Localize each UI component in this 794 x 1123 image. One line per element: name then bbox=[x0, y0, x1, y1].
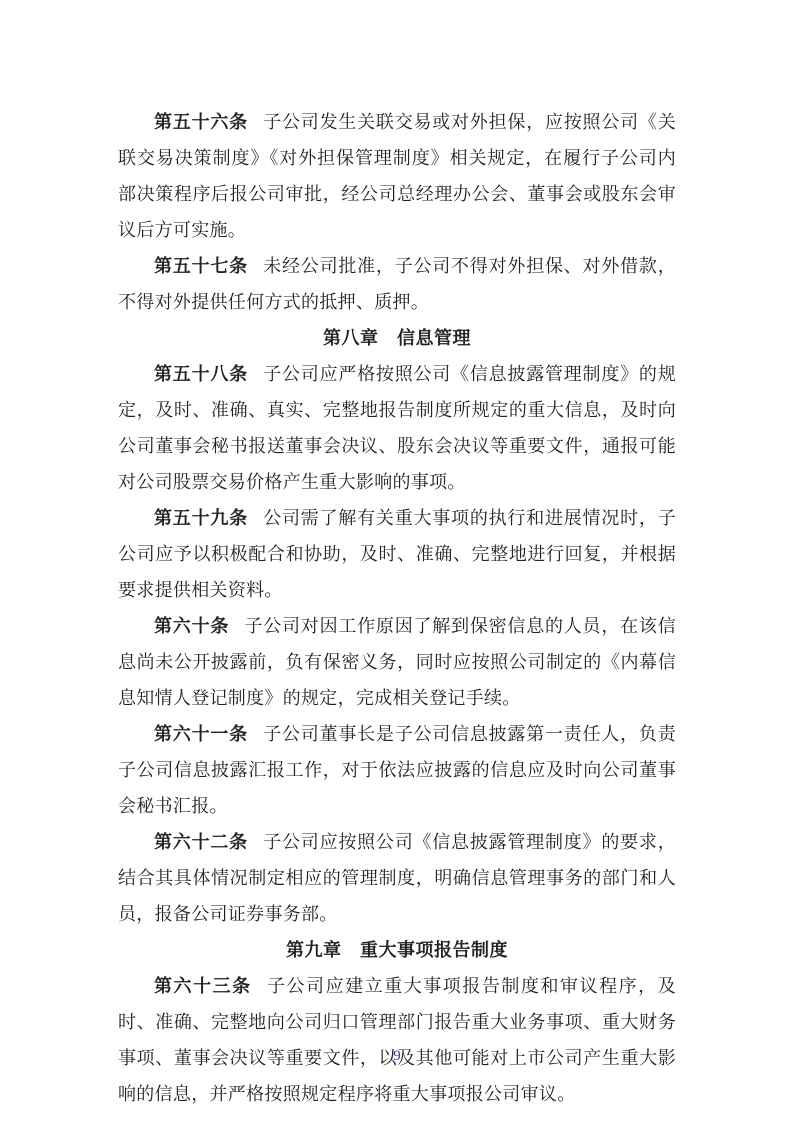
article-57: 第五十七条未经公司批准，子公司不得对外担保、对外借款，不得对外提供任何方式的抵押… bbox=[118, 248, 676, 320]
article-56: 第五十六条子公司发生关联交易或对外担保，应按照公司《关联交易决策制度》《对外担保… bbox=[118, 104, 676, 248]
article-56-number: 第五十六条 bbox=[154, 112, 263, 132]
article-63: 第六十三条子公司应建立重大事项报告制度和审议程序，及时、准确、完整地向公司归口管… bbox=[118, 968, 676, 1112]
document-page: 第五十六条子公司发生关联交易或对外担保，应按照公司《关联交易决策制度》《对外担保… bbox=[0, 0, 794, 1123]
article-57-number: 第五十七条 bbox=[154, 256, 263, 276]
document-content: 第五十六条子公司发生关联交易或对外担保，应按照公司《关联交易决策制度》《对外担保… bbox=[118, 104, 676, 1112]
page-number: 9 bbox=[393, 1048, 401, 1064]
article-58: 第五十八条子公司应严格按照公司《信息披露管理制度》的规定，及时、准确、真实、完整… bbox=[118, 356, 676, 500]
article-61-number: 第六十一条 bbox=[154, 724, 263, 744]
chapter-8-heading: 第八章 信息管理 bbox=[118, 320, 676, 356]
page-footer: 9 bbox=[0, 1047, 794, 1065]
article-63-number: 第六十三条 bbox=[154, 976, 267, 996]
article-60-number: 第六十条 bbox=[154, 616, 244, 636]
article-62-number: 第六十二条 bbox=[154, 832, 263, 852]
article-60: 第六十条子公司对因工作原因了解到保密信息的人员，在该信息尚未公开披露前，负有保密… bbox=[118, 608, 676, 716]
article-59: 第五十九条公司需了解有关重大事项的执行和进展情况时，子公司应予以积极配合和协助，… bbox=[118, 500, 676, 608]
article-58-number: 第五十八条 bbox=[154, 364, 263, 384]
article-62: 第六十二条子公司应按照公司《信息披露管理制度》的要求，结合其具体情况制定相应的管… bbox=[118, 824, 676, 932]
article-59-number: 第五十九条 bbox=[154, 508, 263, 528]
chapter-9-heading: 第九章 重大事项报告制度 bbox=[118, 932, 676, 968]
article-61: 第六十一条子公司董事长是子公司信息披露第一责任人，负责子公司信息披露汇报工作，对… bbox=[118, 716, 676, 824]
